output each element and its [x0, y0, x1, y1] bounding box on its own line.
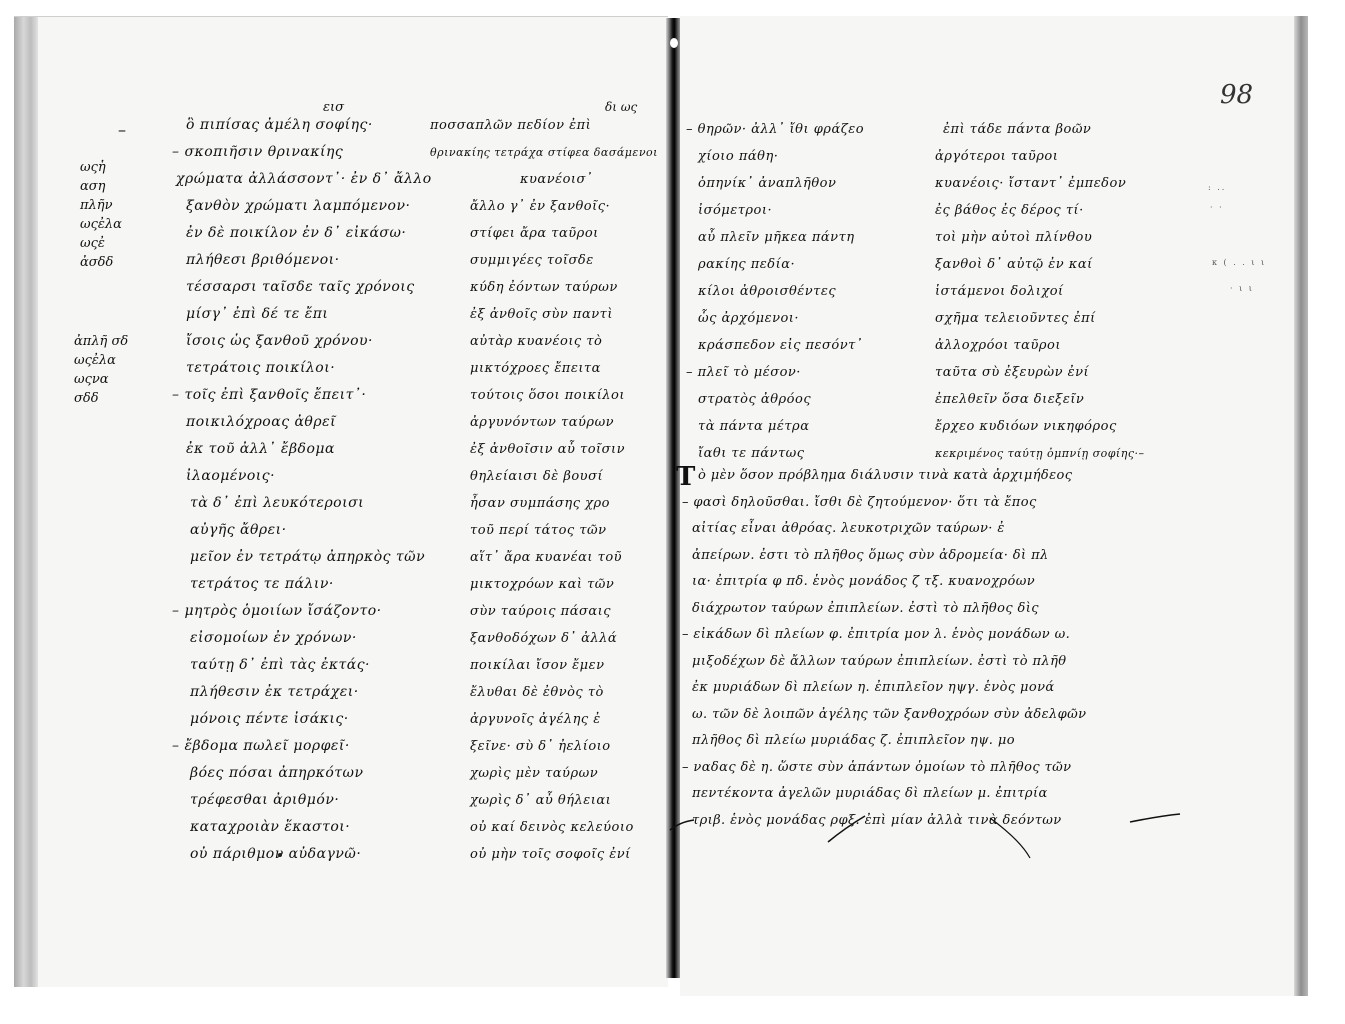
verse-line: ἀργυνόντων ταύρων — [430, 409, 658, 436]
verse-line: εἰσομοίων ἐν χρόνων· — [172, 625, 432, 652]
margin-line: ωςἐλα — [80, 215, 122, 234]
prose-line: – φασὶ δηλοῦσθαι. ἴσθι δὲ ζητούμενον· ὅτ… — [682, 490, 1086, 517]
verse-line: ἀργότεροι ταῦροι — [935, 143, 1144, 170]
verse-line: ρακίης πεδία· — [686, 251, 864, 278]
verse-line: κυανέοισ᾽ — [430, 166, 658, 193]
prose-line: πλῆθος δὶ πλείω μυριάδας ζ. ἐπιπλεῖον ηψ… — [692, 728, 1086, 755]
verse-line: μικτοχρόων καὶ τῶν — [430, 571, 658, 598]
prose-line: ἀπείρων. ἐστι τὸ πλῆθος ὅμως σὺν ἀδρομεί… — [692, 543, 1086, 570]
verse-line: πλήθεσιν ἐκ τετράχει· — [172, 679, 432, 706]
verse-line: βόες πόσαι ἀπηρκότων — [172, 760, 432, 787]
verse-line: ξεῖνε· σὺ δ᾽ ἠελίοιο — [430, 733, 658, 760]
faint-mark: : .. — [1208, 183, 1226, 192]
verse-line: κίλοι ἀθροισθέντες — [686, 278, 864, 305]
verse-line: ἄλλο γ᾽ ἐν ξανθοῖς· — [430, 193, 658, 220]
faint-mark: · ι ι — [1230, 284, 1254, 293]
verse-line: ὧς ἀρχόμενοι· — [686, 305, 864, 332]
verse-line: στίφει ἄρα ταῦροι — [430, 220, 658, 247]
verse-line: ταῦτα σὺ ἐξευρὼν ἐνί — [935, 359, 1144, 386]
verse-line: κράσπεδον εἰς πεσόντ᾽ — [686, 332, 864, 359]
verse-line: – ἔβδομα πωλεῖ μορφεῖ· — [172, 733, 432, 760]
verse-line: κύδη ἐόντων ταύρων — [430, 274, 658, 301]
page-number: 98 — [1220, 80, 1253, 110]
verse-line: ἀλλοχρόοι ταῦροι — [935, 332, 1144, 359]
left-column-2: ποσσαπλῶν πεδίον ἐπὶ θρινακίης τετράχα σ… — [430, 112, 658, 868]
prose-line: ἐκ μυριάδων δὶ πλείων η. ἐπιπλεῖον ηψγ. … — [692, 675, 1086, 702]
verse-line: ἔλυθαι δὲ ἐθνὸς τὸ — [430, 679, 658, 706]
paragraph-dash: – — [118, 120, 126, 139]
left-page-edge — [14, 17, 38, 987]
binding-hole — [670, 38, 678, 48]
verse-line: ἐπὶ τάδε πάντα βοῶν — [935, 116, 1144, 143]
faint-mark: κ ( . . ι ι — [1212, 258, 1266, 267]
margin-line: αση — [80, 177, 122, 196]
margin-line: ωςνα — [74, 370, 128, 389]
verse-line: χωρὶς μὲν ταύρων — [430, 760, 658, 787]
prose-line: ω. τῶν δὲ λοιπῶν ἀγέλης τῶν ξανθοχρόων σ… — [692, 702, 1086, 729]
prose-line: μιξοδέχων δὲ ἄλλων ταύρων ἐπιπλείων. ἐστ… — [692, 649, 1086, 676]
verse-line: ἰλαομένοις· — [172, 463, 432, 490]
verse-line: συμμιγέες τοῖσδε — [430, 247, 658, 274]
verse-line: χίοιο πάθη· — [686, 143, 864, 170]
verse-line: πλήθεσι βριθόμενοι· — [172, 247, 432, 274]
verse-line: στρατὸς ἀθρόος — [686, 386, 864, 413]
verse-line: αὖ πλεῖν μῆκεα πάντη — [686, 224, 864, 251]
verse-line: οὐ πάριθμον αὐδαγνῶ· — [172, 841, 432, 868]
verse-line: σχῆμα τελειοῦντες ἐπί — [935, 305, 1144, 332]
verse-line: ἴσοις ὡς ξανθοῦ χρόνου· — [172, 328, 432, 355]
verse-line: σὺν ταύροις πάσαις — [430, 598, 658, 625]
verse-line: ποικιλόχροας ἀθρεῖ — [172, 409, 432, 436]
verse-line: χωρὶς δ᾽ αὖ θήλειαι — [430, 787, 658, 814]
verse-line: μεῖον ἐν τετράτῳ ἀπηρκὸς τῶν — [172, 544, 432, 571]
verse-line: οὐ καί δεινὸς κελεύοιο — [430, 814, 658, 841]
verse-line: ξανθοὶ δ᾽ αὐτῷ ἐν καί — [935, 251, 1144, 278]
verse-line: τέσσαρσι ταῖσδε ταῖς χρόνοις — [172, 274, 432, 301]
margin-line: ωςἡ — [80, 158, 122, 177]
margin-line: σδδ — [74, 389, 128, 408]
verse-line: – τοῖς ἐπὶ ξανθοῖς ἔπειτ᾽· — [172, 382, 432, 409]
verse-line: τρέφεσθαι ἀριθμόν· — [172, 787, 432, 814]
faint-mark: · · — [1210, 203, 1224, 212]
prose-paragraph: ὸ μὲν ὅσον πρόβλημα διάλυσιν τινὰ κατὰ ἀ… — [692, 463, 1086, 834]
verse-line: τετράτοις ποικίλοι· — [172, 355, 432, 382]
verse-line: – θηρῶν· ἀλλ᾽ ἴθι φράζεο — [686, 116, 864, 143]
right-page-edge — [1294, 16, 1308, 996]
verse-line: ἐξ ἀνθοῖσιν αὖ τοῖσιν — [430, 436, 658, 463]
margin-line: ωςἐ — [80, 234, 122, 253]
margin-note-1: ωςἡ αση πλῆν ωςἐλα ωςἐ ἀσδδ — [80, 158, 122, 272]
verse-line: τὰ δ᾽ ἐπὶ λευκότεροισι — [172, 490, 432, 517]
right-column-1: – θηρῶν· ἀλλ᾽ ἴθι φράζεο χίοιο πάθη· ὁπη… — [686, 116, 864, 467]
verse-line: θρινακίης τετράχα στίφεα δασάμενοι — [430, 139, 658, 166]
verse-line: χρώματα ἀλλάσσοντ᾽· ἐν δ᾽ ἄλλο — [172, 166, 432, 193]
verse-line: ταύτῃ δ᾽ ἐπὶ τὰς ἐκτάς· — [172, 652, 432, 679]
verse-line: τοὶ μὴν αὐτοὶ πλίνθου — [935, 224, 1144, 251]
verse-line: ξανθοδόχων δ᾽ ἀλλά — [430, 625, 658, 652]
verse-line: καταχροιὰν ἕκαστοι· — [172, 814, 432, 841]
verse-line: τὰ πάντα μέτρα — [686, 413, 864, 440]
verse-line: ἐς βάθος ἐς δέρος τί· — [935, 197, 1144, 224]
verse-line: ὃ πιπίσας ἀμέλη σοφίης· — [172, 112, 432, 139]
verse-line: αὐγῆς ἄθρει· — [172, 517, 432, 544]
verse-line: οὐ μὴν τοῖς σοφοῖς ἐνί — [430, 841, 658, 868]
verse-line: ἐκ τοῦ ἀλλ᾽ ἔβδομα — [172, 436, 432, 463]
verse-line: μίσγ᾽ ἐπὶ δέ τε ἔπι — [172, 301, 432, 328]
verse-line: ποικίλαι ἴσον ἔμεν — [430, 652, 658, 679]
margin-line: ἀπλῆ σδ — [74, 332, 128, 351]
prose-line: – ναδας δὲ η. ὥστε σὺν ἁπάντων ὁμοίων τὸ… — [682, 755, 1086, 782]
verse-line: κυανέοις· ἴσταντ᾽ ἐμπεδον — [935, 170, 1144, 197]
prose-line: αἰτίας εἶναι ἀθρόας. λευκοτριχῶν ταύρων·… — [692, 516, 1086, 543]
prose-line: ὸ μὲν ὅσον πρόβλημα διάλυσιν τινὰ κατὰ ἀ… — [692, 463, 1086, 490]
verse-line: ἐξ ἀνθοῖς σὺν παντὶ — [430, 301, 658, 328]
verse-line: αὐτὰρ κυανέοις τὸ — [430, 328, 658, 355]
verse-line: τετράτος τε πάλιν· — [172, 571, 432, 598]
verse-line: ἰσόμετροι· — [686, 197, 864, 224]
verse-line: ἔρχεο κυδιόων νικηφόρος — [935, 413, 1144, 440]
verse-line: ἀργυνοῖς ἀγέλης ἐ — [430, 706, 658, 733]
verse-line: ἐν δὲ ποικίλον ἐν δ᾽ εἰκάσω· — [172, 220, 432, 247]
ink-dot — [278, 853, 282, 857]
ink-flourish — [660, 800, 1220, 870]
verse-line: αἵτ᾽ ἄρα κυανέαι τοῦ — [430, 544, 658, 571]
prose-line: διάχρωτον ταύρων ἐπιπλείων. ἐστὶ τὸ πλῆθ… — [692, 596, 1086, 623]
verse-line: – μητρὸς ὁμοιίων ἴσάζοντο· — [172, 598, 432, 625]
verse-line: θηλείαισι δὲ βουσί — [430, 463, 658, 490]
verse-line: ξανθὸν χρώματι λαμπόμενον· — [172, 193, 432, 220]
margin-line: ωςἐλα — [74, 351, 128, 370]
left-column-1: ὃ πιπίσας ἀμέλη σοφίης· – σκοπιῆσιν θριν… — [172, 112, 432, 868]
verse-line: τοῦ περί τάτος τῶν — [430, 517, 658, 544]
prose-line: ια· ἐπιτρία φ πδ. ἑνὸς μονάδος ζ τξ. κυα… — [692, 569, 1086, 596]
verse-line: – σκοπιῆσιν θρινακίης — [172, 139, 432, 166]
verse-line: ἦσαν συμπάσης χρο — [430, 490, 658, 517]
prose-line: – εἰκάδων δὶ πλείων φ. ἐπιτρία μον λ. ἑν… — [682, 622, 1086, 649]
verse-line: ὁπηνίκ᾽ ἀναπλῆθον — [686, 170, 864, 197]
verse-line: ἐπελθεῖν ὅσα διεξεῖν — [935, 386, 1144, 413]
verse-line: ποσσαπλῶν πεδίον ἐπὶ — [430, 112, 658, 139]
right-column-2: ἐπὶ τάδε πάντα βοῶν ἀργότεροι ταῦροι κυα… — [935, 116, 1144, 467]
verse-line: τούτοις ὅσοι ποικίλοι — [430, 382, 658, 409]
verse-line: μικτόχροες ἔπειτα — [430, 355, 658, 382]
margin-line: πλῆν — [80, 196, 122, 215]
margin-line: ἀσδδ — [80, 253, 122, 272]
verse-line: μόνοις πέντε ἰσάκις· — [172, 706, 432, 733]
margin-note-2: ἀπλῆ σδ ωςἐλα ωςνα σδδ — [74, 332, 128, 408]
verse-line: – πλεῖ τὸ μέσον· — [686, 359, 864, 386]
verse-line: ἱστάμενοι δολιχοί — [935, 278, 1144, 305]
